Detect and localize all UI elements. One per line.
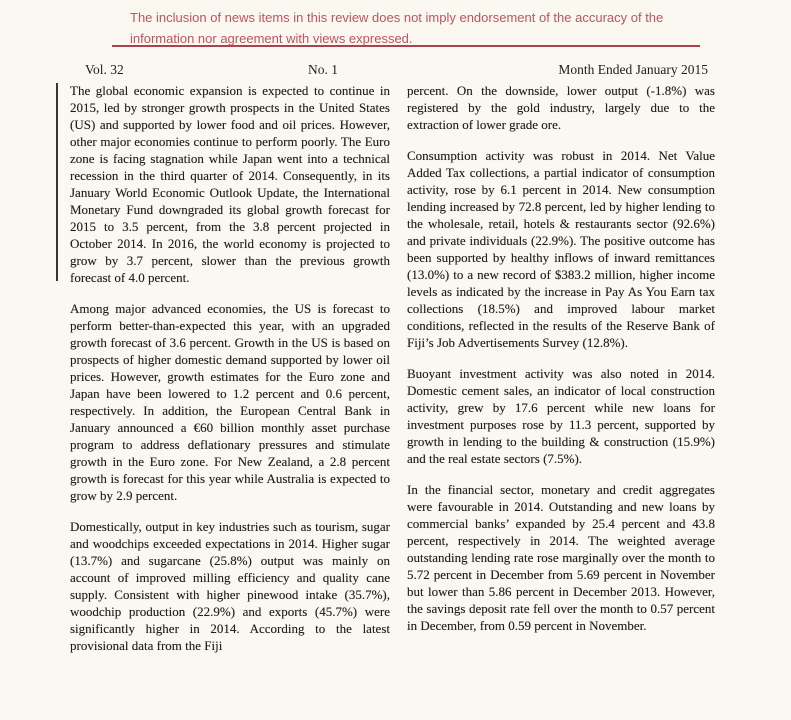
paragraph-consumption: Consumption activity was robust in 2014.… bbox=[407, 147, 715, 351]
body-columns: The global economic expansion is expecte… bbox=[70, 82, 715, 654]
disclaimer-text: The inclusion of news items in this revi… bbox=[130, 10, 663, 46]
paragraph-investment: Buoyant investment activity was also not… bbox=[407, 365, 715, 467]
paragraph-financial-sector: In the financial sector, monetary and cr… bbox=[407, 481, 715, 634]
disclaimer-underline bbox=[112, 45, 700, 47]
document-page: The inclusion of news items in this revi… bbox=[0, 0, 791, 720]
left-column: The global economic expansion is expecte… bbox=[70, 82, 390, 654]
paragraph-global-outlook: The global economic expansion is expecte… bbox=[70, 82, 390, 286]
paragraph-gold-output: percent. On the downside, lower output (… bbox=[407, 82, 715, 133]
scan-artifact-line bbox=[56, 83, 58, 281]
right-column: percent. On the downside, lower output (… bbox=[407, 82, 715, 654]
paragraph-advanced-economies: Among major advanced economies, the US i… bbox=[70, 300, 390, 504]
period-label: Month Ended January 2015 bbox=[558, 62, 708, 78]
issue-info-row: Vol. 32 No. 1 Month Ended January 2015 bbox=[0, 62, 791, 80]
issue-number-label: No. 1 bbox=[308, 62, 338, 78]
volume-label: Vol. 32 bbox=[85, 62, 124, 78]
paragraph-domestic-output: Domestically, output in key industries s… bbox=[70, 518, 390, 654]
disclaimer-notice: The inclusion of news items in this revi… bbox=[130, 7, 708, 49]
